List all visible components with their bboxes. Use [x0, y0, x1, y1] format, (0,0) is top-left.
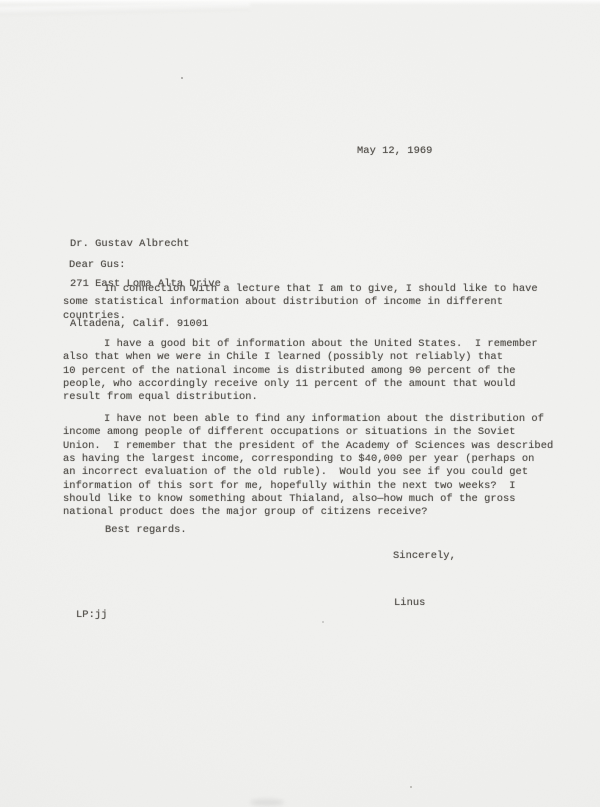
paper-top-edge [0, 0, 600, 5]
recipient-name: Dr. Gustav Albrecht [70, 238, 221, 251]
body-paragraph-3: I have not been able to find any informa… [63, 413, 553, 520]
body-paragraph-2: I have a good bit of information about t… [63, 338, 538, 405]
valediction: Sincerely, [393, 550, 456, 563]
paper-speck [181, 77, 183, 79]
paper-speck [322, 621, 324, 623]
paper-crease [0, 3, 250, 16]
reference-initials: LP:jj [76, 609, 107, 622]
salutation: Dear Gus: [69, 259, 126, 272]
body-paragraph-1: In connection with a lecture that I am t… [63, 283, 538, 323]
letter-date: May 12, 1969 [357, 145, 432, 158]
closing-line: Best regards. [64, 524, 187, 537]
paper-smudge [250, 799, 284, 806]
paper-speck [410, 786, 412, 788]
letter-page: May 12, 1969 Dr. Gustav Albrecht 271 Eas… [0, 0, 600, 807]
signature-name: Linus [394, 597, 425, 610]
